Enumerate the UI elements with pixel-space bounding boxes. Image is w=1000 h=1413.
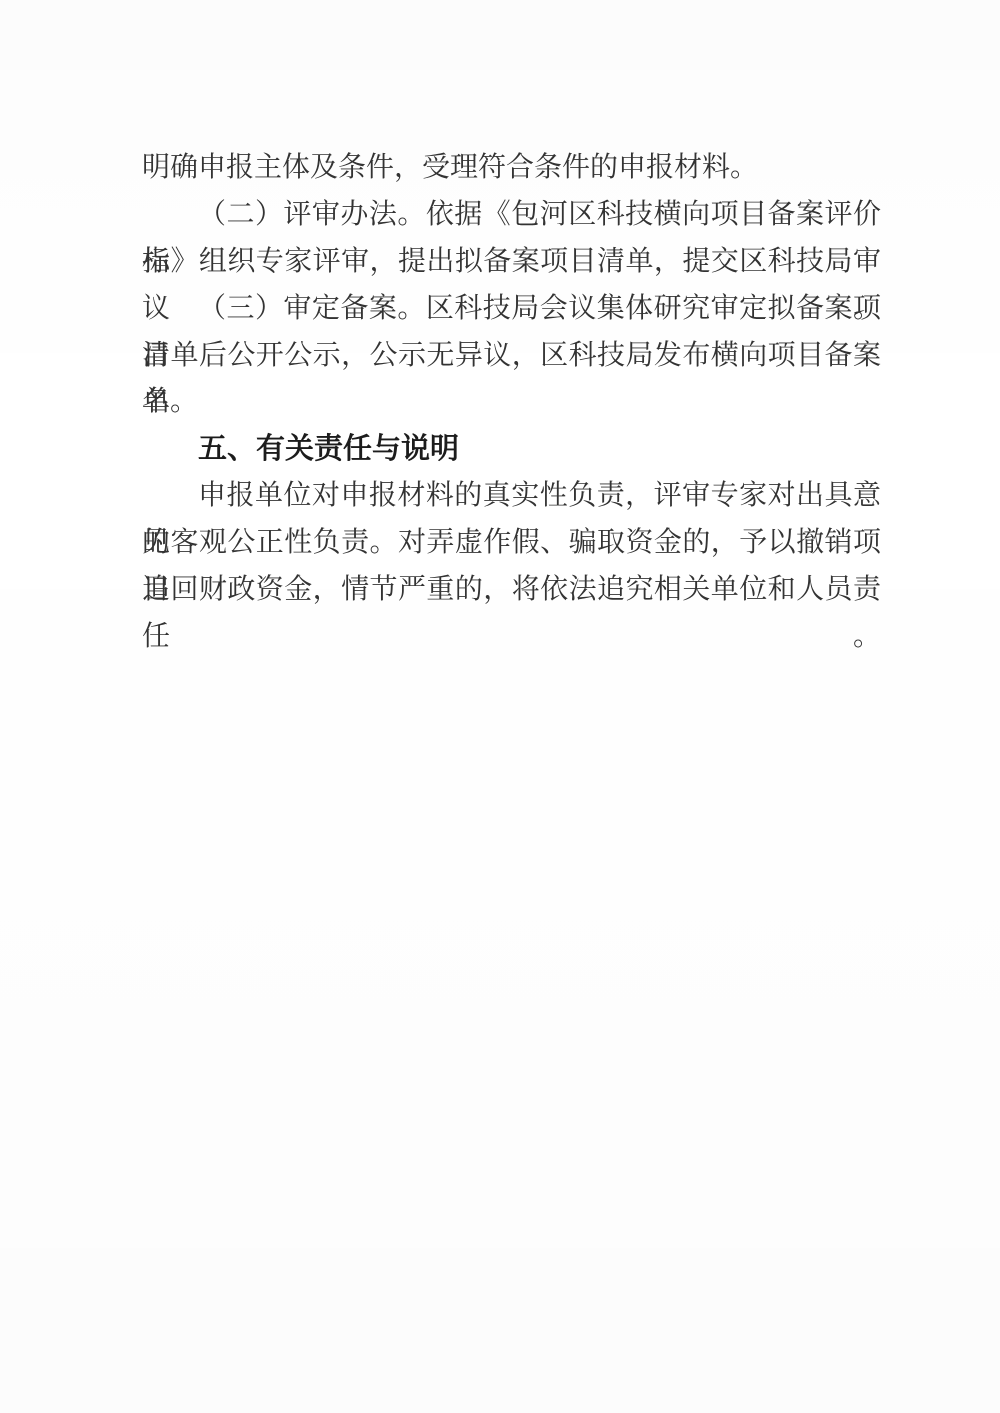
text-line: 申报单位对申报材料的真实性负责，评审专家对出具意见 (142, 473, 881, 520)
document-text-block: 明确申报主体及条件，受理符合条件的申报材料。（二）评审办法。依据《包河区科技横向… (142, 145, 881, 614)
text-line: 标》组织专家评审，提出拟备案项目清单，提交区科技局审议。 (142, 239, 881, 286)
text-line: 清单后公开公示，公示无异议，区科技局发布横向项目备案名 (142, 333, 881, 380)
text-line: 明确申报主体及条件，受理符合条件的申报材料。 (142, 145, 881, 192)
text-line: 追回财政资金，情节严重的，将依法追究相关单位和人员责任。 (142, 567, 881, 614)
text-line: 单。 (142, 379, 881, 426)
text-line: （三）审定备案。区科技局会议集体研究审定拟备案项目 (142, 286, 881, 333)
document-page: 明确申报主体及条件，受理符合条件的申报材料。（二）评审办法。依据《包河区科技横向… (0, 0, 1000, 1413)
text-line: 的客观公正性负责。对弄虚作假、骗取资金的，予以撤销项目 (142, 520, 881, 567)
text-line: （二）评审办法。依据《包河区科技横向项目备案评价指 (142, 192, 881, 239)
section-heading: 五、有关责任与说明 (142, 426, 881, 473)
